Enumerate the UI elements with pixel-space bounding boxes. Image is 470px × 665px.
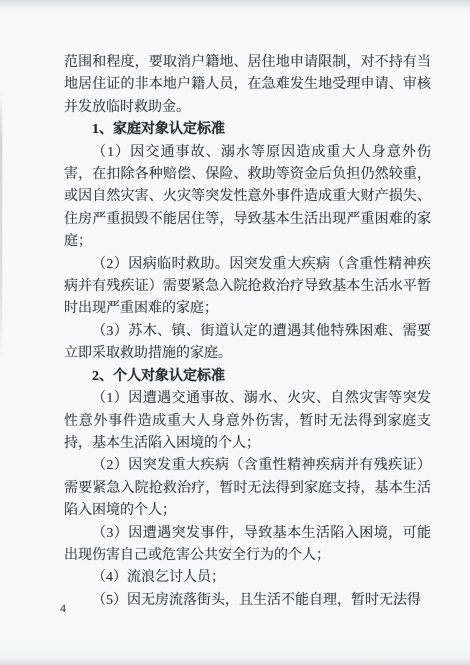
- section2-item-5: （5）因无房流落街头，且生活不能自理，暂时无法得: [64, 590, 431, 612]
- section2-item-4: （4）流浪乞讨人员；: [64, 567, 431, 589]
- section1-item-2: （2）因病临时救助。因突发重大疾病（含重性精神疾病并有残疾证）需要紧急入院抢救治…: [64, 254, 431, 321]
- section2-item-3: （3）因遭遇突发事件，导致基本生活陷入困境，可能出现伤害自己或危害公共安全行为的…: [64, 523, 431, 568]
- section2-heading: 2、个人对象认定标准: [64, 366, 431, 388]
- page-number: 4: [60, 601, 66, 615]
- section2-item-2: （2）因突发重大疾病（含重性精神疾病并有残疾证）需要紧急入院抢救治疗，暂时无法得…: [64, 455, 431, 522]
- section2-item-1: （1）因遭遇交通事故、溺水、火灾、自然灾害等突发性意外事件造成重大人身意外伤害，…: [64, 388, 431, 455]
- scan-edge-bottom: [0, 658, 470, 665]
- section1-item-1: （1）因交通事故、溺水等原因造成重大人身意外伤害，在扣除各种赔偿、保险、救助等资…: [64, 142, 431, 254]
- scan-edge-top: [0, 0, 470, 9]
- scan-edge-left: [0, 92, 2, 360]
- document-body: 范围和程度，要取消户籍地、居住地申请限制，对不持有当地居住证的非本地户籍人员，在…: [64, 52, 431, 612]
- document-page: 范围和程度，要取消户籍地、居住地申请限制，对不持有当地居住证的非本地户籍人员，在…: [0, 0, 470, 665]
- section1-heading: 1、家庭对象认定标准: [64, 119, 431, 141]
- section1-item-3: （3）苏木、镇、街道认定的遭遇其他特殊困难、需要立即采取救助措施的家庭。: [64, 321, 431, 366]
- paragraph-continuation: 范围和程度，要取消户籍地、居住地申请限制，对不持有当地居住证的非本地户籍人员，在…: [64, 52, 431, 119]
